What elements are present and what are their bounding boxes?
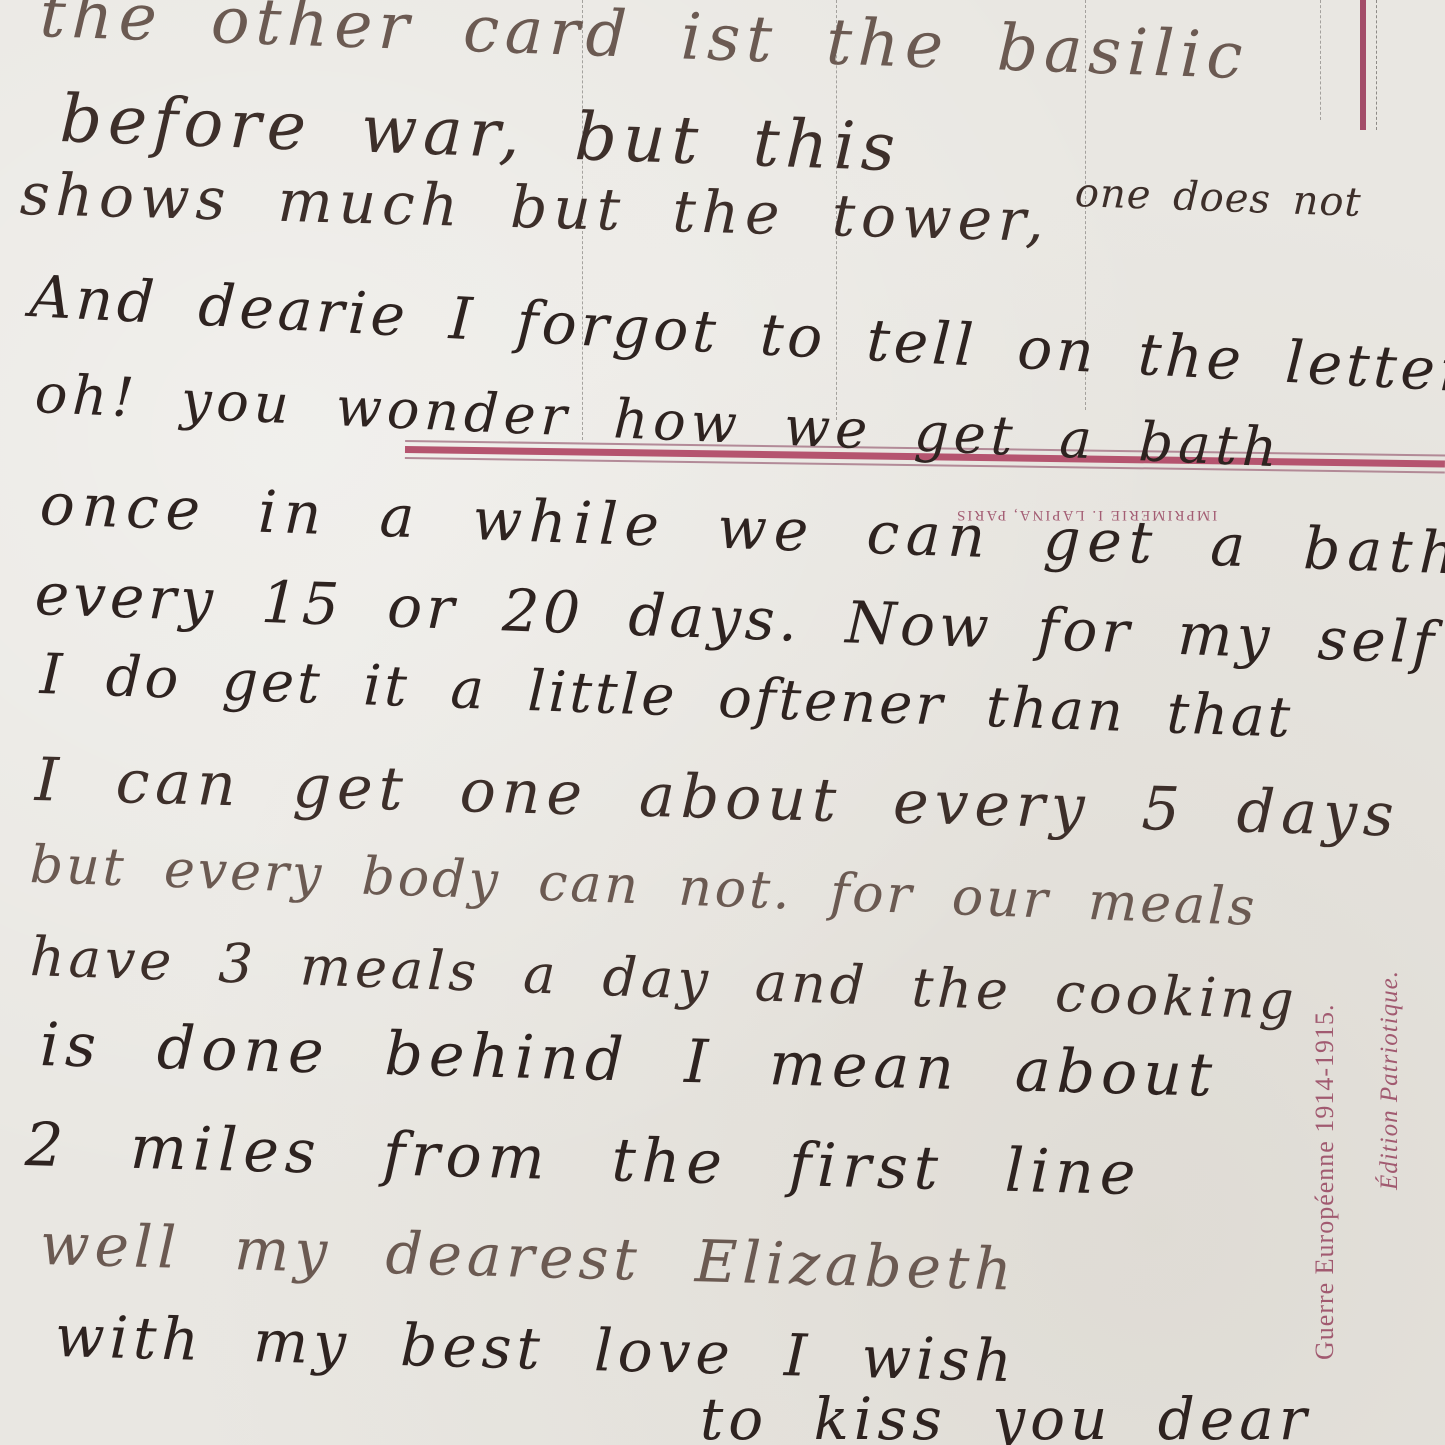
handwritten-line: to kiss you dear bbox=[700, 1385, 1312, 1445]
dashed-guide-line bbox=[1376, 0, 1377, 130]
handwritten-line: the other card ist the basilic bbox=[39, 0, 1250, 94]
handwritten-line: well my dearest Elizabeth bbox=[39, 1210, 1017, 1304]
handwritten-line: I can get one about every 5 days bbox=[34, 745, 1400, 851]
handwritten-line: is done behind I mean about bbox=[39, 1010, 1219, 1111]
printed-imprint-edition: Édition Patriotique. bbox=[1376, 970, 1404, 1190]
dashed-guide-line bbox=[1320, 0, 1321, 120]
postcard: IMPRIMERIE I. LAPINA, PARIS the other ca… bbox=[0, 0, 1445, 1445]
handwritten-line: one does not bbox=[1074, 170, 1362, 226]
handwritten-line: with my best love I wish bbox=[54, 1302, 1018, 1395]
handwritten-line: but every body can not. for our meals bbox=[29, 835, 1258, 938]
printed-imprint-title: Guerre Européenne 1914-1915. bbox=[1310, 1004, 1340, 1361]
printed-red-rule-vertical bbox=[1360, 0, 1366, 130]
handwritten-line: 2 miles from the first line bbox=[24, 1110, 1142, 1209]
